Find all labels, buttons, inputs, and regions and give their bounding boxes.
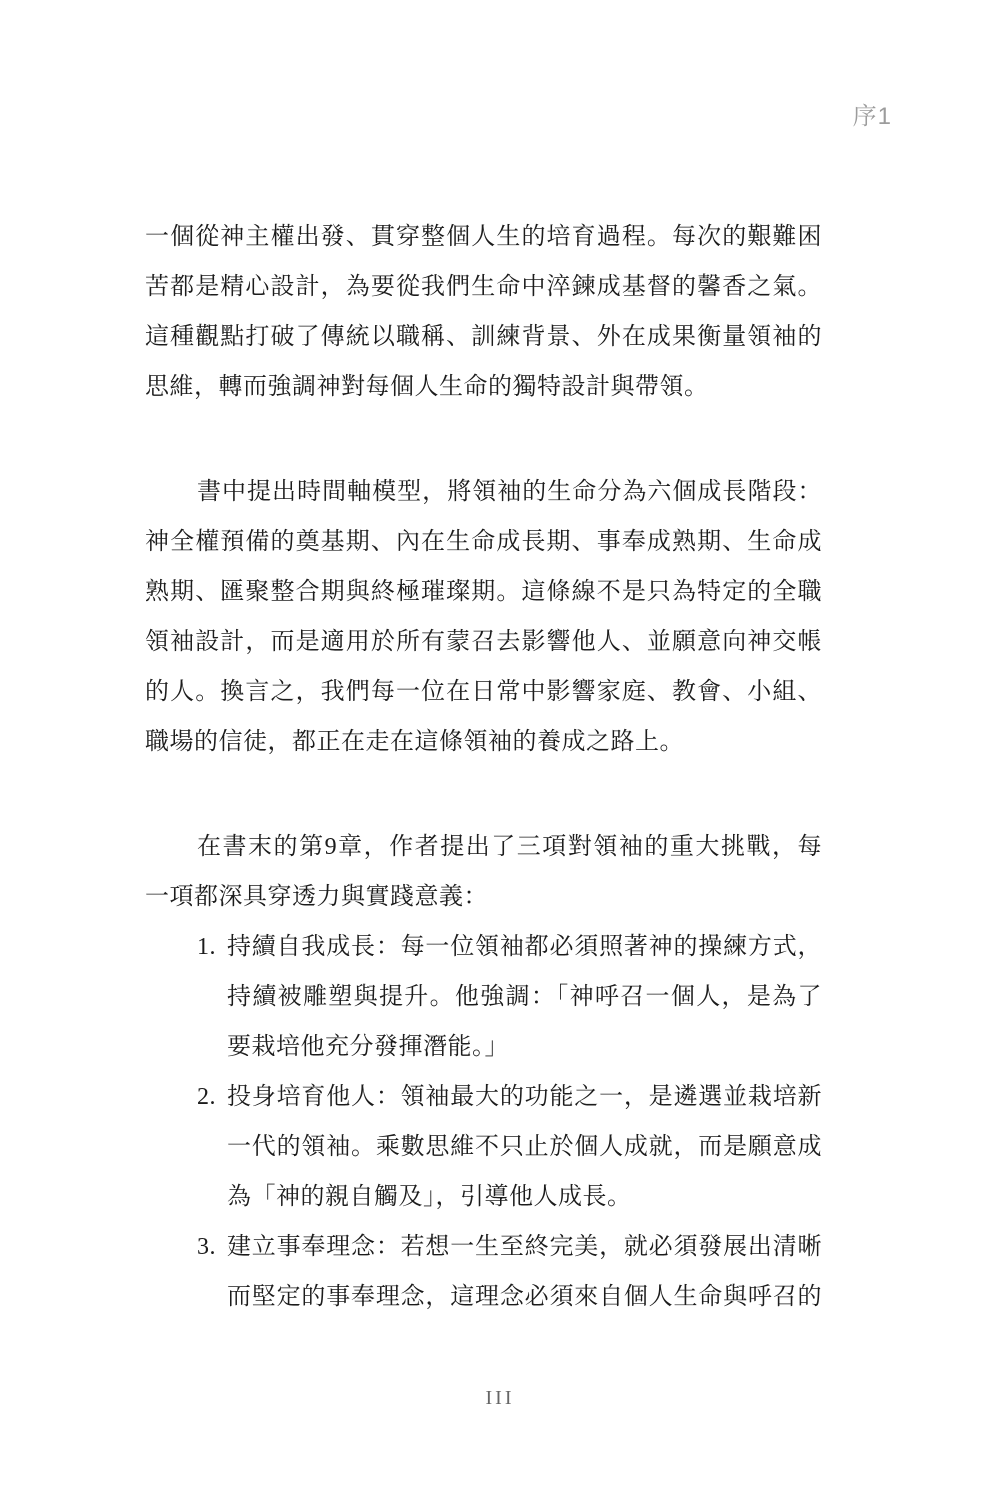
text-line: 這種觀點打破了傳統以職稱、訓練背景、外在成果衡量領袖的 [145, 312, 822, 362]
preface-body-text: 一個從神主權出發、貫穿整個人生的培育過程。每次的艱難困 苦都是精心設計，為要從我… [145, 212, 822, 1322]
text-line: 持續被雕塑與提升。他強調：「神呼召一個人，是為了 [227, 972, 822, 1022]
text-line: 投身培育他人：領袖最大的功能之一，是遴選並栽培新 [227, 1072, 822, 1122]
text-line: 一代的領袖。乘數思維不只止於個人成就，而是願意成 [227, 1122, 822, 1172]
text-line: 而堅定的事奉理念，這理念必須來自個人生命與呼召的 [227, 1272, 822, 1322]
document-page: 序1 一個從神主權出發、貫穿整個人生的培育過程。每次的艱難困 苦都是精心設計，為… [0, 0, 1000, 1503]
list-item-number: 1. [197, 922, 227, 972]
text-line: 要栽培他充分發揮潛能。」 [227, 1022, 822, 1072]
page-number: III [0, 1387, 1000, 1410]
text-line: 領袖設計，而是適用於所有蒙召去影響他人、並願意向神交帳 [145, 617, 822, 667]
text-line: 建立事奉理念：若想一生至終完美，就必須發展出清晰 [227, 1222, 822, 1272]
text-line: 苦都是精心設計，為要從我們生命中淬鍊成基督的馨香之氣。 [145, 262, 822, 312]
running-head-label: 序1 [853, 96, 892, 131]
text-line: 持續自我成長：每一位領袖都必須照著神的操練方式， [227, 922, 822, 972]
list-item-number: 2. [197, 1072, 227, 1122]
text-line: 職場的信徒，都正在走在這條領袖的養成之路上。 [145, 717, 822, 767]
list-item-text: 投身培育他人：領袖最大的功能之一，是遴選並栽培新 一代的領袖。乘數思維不只止於個… [227, 1072, 822, 1222]
paragraph: 在書末的第9章，作者提出了三項對領袖的重大挑戰，每 一項都深具穿透力與實踐意義： [145, 822, 822, 922]
paragraph: 書中提出時間軸模型，將領袖的生命分為六個成長階段： 神全權預備的奠基期、內在生命… [145, 467, 822, 767]
numbered-list-item: 3. 建立事奉理念：若想一生至終完美，就必須發展出清晰 而堅定的事奉理念，這理念… [145, 1222, 822, 1322]
list-item-number: 3. [197, 1222, 227, 1272]
list-item-text: 持續自我成長：每一位領袖都必須照著神的操練方式， 持續被雕塑與提升。他強調：「神… [227, 922, 822, 1072]
text-line: 的人。換言之，我們每一位在日常中影響家庭、教會、小組、 [145, 667, 822, 717]
text-line: 神全權預備的奠基期、內在生命成長期、事奉成熟期、生命成 [145, 517, 822, 567]
text-line: 在書末的第9章，作者提出了三項對領袖的重大挑戰，每 [145, 822, 822, 872]
text-line: 書中提出時間軸模型，將領袖的生命分為六個成長階段： [145, 467, 822, 517]
text-line: 一項都深具穿透力與實踐意義： [145, 872, 822, 922]
numbered-list-item: 2. 投身培育他人：領袖最大的功能之一，是遴選並栽培新 一代的領袖。乘數思維不只… [145, 1072, 822, 1222]
list-item-text: 建立事奉理念：若想一生至終完美，就必須發展出清晰 而堅定的事奉理念，這理念必須來… [227, 1222, 822, 1322]
paragraph: 一個從神主權出發、貫穿整個人生的培育過程。每次的艱難困 苦都是精心設計，為要從我… [145, 212, 822, 412]
text-line: 熟期、匯聚整合期與終極璀璨期。這條線不是只為特定的全職 [145, 567, 822, 617]
text-line: 思維，轉而強調神對每個人生命的獨特設計與帶領。 [145, 362, 822, 412]
text-line: 一個從神主權出發、貫穿整個人生的培育過程。每次的艱難困 [145, 212, 822, 262]
numbered-list-item: 1. 持續自我成長：每一位領袖都必須照著神的操練方式， 持續被雕塑與提升。他強調… [145, 922, 822, 1072]
text-line: 為「神的親自觸及」，引導他人成長。 [227, 1172, 822, 1222]
